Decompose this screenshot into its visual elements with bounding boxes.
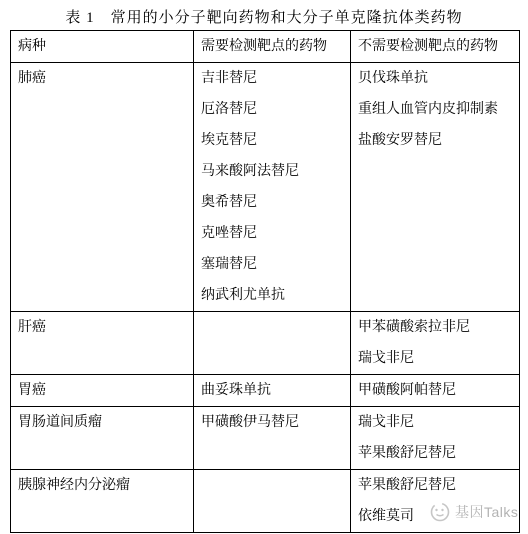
drug-table-body: 肺癌吉非替尼厄洛替尼埃克替尼马来酸阿法替尼奥希替尼克唑替尼塞瑞替尼纳武利尤单抗贝…	[11, 63, 520, 533]
table-title: 表 1 常用的小分子靶向药物和大分子单克隆抗体类药物	[0, 0, 528, 27]
target-required-cell: 曲妥珠单抗	[194, 375, 351, 407]
target-not-required-cell: 瑞戈非尼苹果酸舒尼替尼	[351, 407, 520, 470]
header-disease: 病种	[11, 31, 194, 63]
table-row: 胃癌曲妥珠单抗甲磺酸阿帕替尼	[11, 375, 520, 407]
drug-name: 盐酸安罗替尼	[358, 125, 517, 156]
drug-name: 贝伐珠单抗	[358, 63, 517, 94]
drug-name: 甲磺酸阿帕替尼	[358, 375, 517, 406]
disease-name: 肺癌	[18, 63, 191, 94]
disease-cell: 胃肠道间质瘤	[11, 407, 194, 470]
target-required-cell: 吉非替尼厄洛替尼埃克替尼马来酸阿法替尼奥希替尼克唑替尼塞瑞替尼纳武利尤单抗	[194, 63, 351, 312]
drug-name: 曲妥珠单抗	[201, 375, 348, 406]
target-required-cell: 甲磺酸伊马替尼	[194, 407, 351, 470]
disease-cell: 胰腺神经内分泌瘤	[11, 470, 194, 533]
drug-name: 甲苯磺酸索拉非尼	[358, 312, 517, 343]
disease-name: 胃肠道间质瘤	[18, 407, 191, 438]
drug-name: 吉非替尼	[201, 63, 348, 94]
drug-name: 纳武利尤单抗	[201, 280, 348, 311]
drug-name: 瑞戈非尼	[358, 407, 517, 438]
table-row: 胃肠道间质瘤甲磺酸伊马替尼瑞戈非尼苹果酸舒尼替尼	[11, 407, 520, 470]
table-row: 肺癌吉非替尼厄洛替尼埃克替尼马来酸阿法替尼奥希替尼克唑替尼塞瑞替尼纳武利尤单抗贝…	[11, 63, 520, 312]
drug-name: 苹果酸舒尼替尼	[358, 470, 517, 501]
table-row: 胰腺神经内分泌瘤苹果酸舒尼替尼依维莫司	[11, 470, 520, 533]
disease-cell: 肺癌	[11, 63, 194, 312]
table-header-row: 病种 需要检测靶点的药物 不需要检测靶点的药物	[11, 31, 520, 63]
header-target-not-required: 不需要检测靶点的药物	[351, 31, 520, 63]
drug-name: 苹果酸舒尼替尼	[358, 438, 517, 469]
target-not-required-cell: 甲磺酸阿帕替尼	[351, 375, 520, 407]
drug-name: 奥希替尼	[201, 187, 348, 218]
target-not-required-cell: 甲苯磺酸索拉非尼瑞戈非尼	[351, 312, 520, 375]
drug-name: 克唑替尼	[201, 218, 348, 249]
header-target-required: 需要检测靶点的药物	[194, 31, 351, 63]
target-required-cell	[194, 312, 351, 375]
disease-cell: 胃癌	[11, 375, 194, 407]
drug-name: 甲磺酸伊马替尼	[201, 407, 348, 438]
drug-name: 厄洛替尼	[201, 94, 348, 125]
drug-table: 病种 需要检测靶点的药物 不需要检测靶点的药物 肺癌吉非替尼厄洛替尼埃克替尼马来…	[10, 30, 520, 533]
disease-cell: 肝癌	[11, 312, 194, 375]
drug-name: 依维莫司	[358, 501, 517, 532]
disease-name: 胰腺神经内分泌瘤	[18, 470, 191, 501]
target-required-cell	[194, 470, 351, 533]
disease-name: 肝癌	[18, 312, 191, 343]
target-not-required-cell: 贝伐珠单抗重组人血管内皮抑制素盐酸安罗替尼	[351, 63, 520, 312]
drug-name: 重组人血管内皮抑制素	[358, 94, 517, 125]
drug-name: 马来酸阿法替尼	[201, 156, 348, 187]
disease-name: 胃癌	[18, 375, 191, 406]
drug-name: 塞瑞替尼	[201, 249, 348, 280]
drug-name: 瑞戈非尼	[358, 343, 517, 374]
drug-name: 埃克替尼	[201, 125, 348, 156]
target-not-required-cell: 苹果酸舒尼替尼依维莫司	[351, 470, 520, 533]
table-row: 肝癌甲苯磺酸索拉非尼瑞戈非尼	[11, 312, 520, 375]
